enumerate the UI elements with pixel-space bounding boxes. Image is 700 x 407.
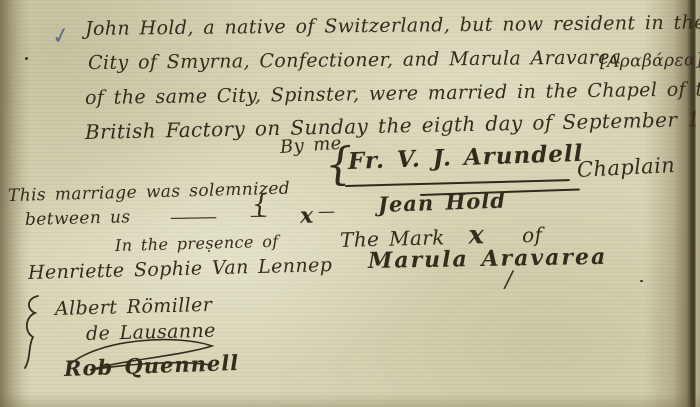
solemnized-line-2: between us	[25, 207, 131, 230]
solemnized-cross: x	[300, 203, 314, 229]
presence-heading: In the presence of	[115, 232, 279, 255]
bride-mark-suffix: of	[504, 223, 543, 248]
solemnized-line-1: This marriage was solemnized	[8, 179, 291, 206]
entry-line-3: of the same City, Spinster, were married…	[85, 78, 700, 109]
ink-speck	[640, 280, 643, 282]
witness-van-lennep: Henriette Sophie Van Lennep	[28, 254, 333, 284]
entry-line-2: City of Smyrna, Confectioner, and Marula…	[88, 46, 622, 74]
signature-underline	[345, 179, 570, 187]
entry-line-2-bracket: [Αραβάρεα]	[600, 50, 700, 72]
entry-line-1: John Hold, a native of Switzerland, but …	[85, 11, 700, 40]
margin-checkmark: ✓	[50, 22, 73, 50]
bride-name: Marula Aravarea	[368, 244, 608, 274]
groom-signature: Jean Hold	[378, 188, 507, 217]
entry-line-4: British Factory on Sunday the eigth day …	[85, 106, 700, 144]
solemnized-dash-short: —	[250, 206, 268, 226]
page-edge-bottom	[0, 393, 700, 407]
witness-quennell-signature: Rob Quennell	[64, 350, 240, 381]
witness-brace-flourish	[22, 292, 44, 370]
solemnized-dash-end: —	[318, 202, 336, 222]
chaplain-signature: Fr. V. J. Arundell	[348, 140, 584, 175]
chaplain-title: Chaplain	[576, 153, 675, 182]
ink-speck	[25, 57, 28, 60]
bride-flourish-slash: /	[505, 268, 513, 293]
register-page-scan: ✓ John Hold, a native of Switzerland, bu…	[0, 0, 700, 407]
witness-romiller-name: Albert Römiller	[55, 294, 213, 320]
solemnized-dash-long: ———	[170, 207, 215, 228]
